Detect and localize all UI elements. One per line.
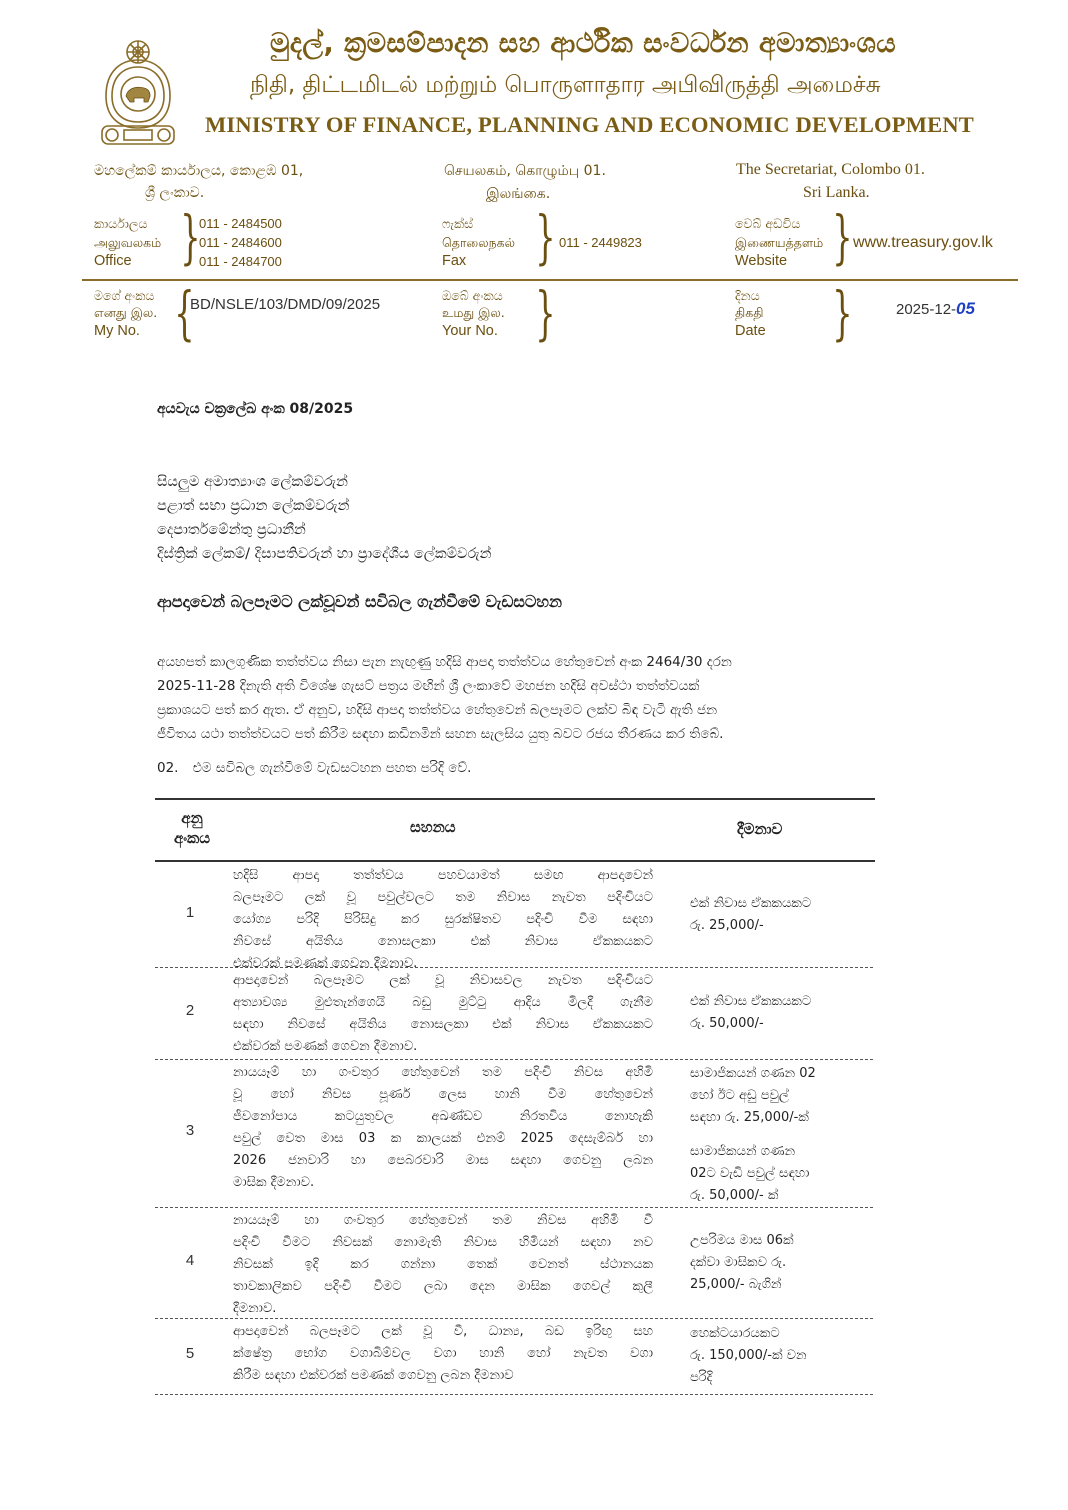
- my-no-label-sinhala: මගේ අංකය: [94, 287, 157, 304]
- office-label-sinhala: කාර්යාලය: [94, 214, 161, 233]
- office-phone-2: 011 - 2484600: [199, 233, 282, 252]
- brace-icon: }: [832, 282, 852, 344]
- relief-line: වූ හෝ නිවස පූර්ණ ලෙස හානි වීම හේතුවෙන්: [233, 1084, 653, 1106]
- relief-line: පදිංචි වීමට නිවසක් නොමැති නිවාස හිමියන් …: [233, 1232, 653, 1254]
- grant-line: එක් නිවාස ඒකකයකට: [690, 893, 870, 915]
- table-cell-grant: හෙක්ටයාරයකටරු. 150,000/-ක් වනපරිදි: [690, 1323, 870, 1389]
- table-cell-serial: 2: [155, 1002, 225, 1019]
- website-labels: වෙබ් අඩවිය இணையத்தளம் Website: [735, 214, 823, 271]
- brace-icon: }: [180, 206, 200, 268]
- fax-label-sinhala: ෆැක්ස්: [442, 214, 515, 233]
- address-tamil-line-1: செயலகம், கொழும்பு 01.: [444, 163, 606, 181]
- table-row-divider: [155, 1207, 875, 1208]
- table-cell-relief: නායයෑම් හා ගංවතුර හේතුවෙන් තම පදිංචි නිව…: [233, 1062, 653, 1194]
- website-label-sinhala: වෙබ් අඩවිය: [735, 214, 823, 233]
- table-cell-relief: ආපදාවෙන් බලපෑමට ලක් වූ වී, ධාන්‍ය, බඩ ඉර…: [233, 1321, 653, 1387]
- date-label-english: Date: [735, 321, 766, 341]
- header-grant: දීමනාව: [737, 820, 782, 838]
- office-labels: කාර්යාලය அலுவலகம் Office: [94, 214, 161, 271]
- relief-line: සඳහා නිවසේ අයිතිය නොසලකා එක් නිවාස ඒකකයක…: [233, 1014, 653, 1036]
- date-labels: දිනය திகதி Date: [735, 287, 766, 341]
- table-cell-grant: සාමාජිකයන් ගණන 02හෝ ඊට අඩු පවුල්සඳහා රු.…: [690, 1063, 870, 1207]
- date-value: 2025-12-05: [896, 299, 975, 319]
- header-serial-line: අනු: [157, 808, 227, 828]
- header-relief: සහනය: [410, 818, 456, 836]
- grant-line: පරිදි: [690, 1367, 870, 1389]
- grant-line: දක්වා මාසිකව රු.: [690, 1252, 870, 1274]
- table-cell-grant: උපරිමය මාස 06ක්දක්වා මාසිකව රු.25,000/- …: [690, 1230, 870, 1296]
- relief-line: පවුල් වෙත මාස 03 ක කාලයක් එනම් 2025 දෙසැ…: [233, 1128, 653, 1150]
- relief-line: නායයෑම් හා ගංවතුර හේතුවෙන් තම පදිංචි නිව…: [233, 1062, 653, 1084]
- relief-line: නායයෑම් හා ගංවතුර හේතුවෙන් තම නිවස අහිමි…: [233, 1210, 653, 1232]
- table-row-divider: [155, 967, 875, 968]
- table-header-rule: [155, 860, 875, 862]
- your-no-label-sinhala: ඔබේ අංකය: [442, 287, 505, 304]
- sri-lanka-emblem-icon: [92, 36, 184, 148]
- table-cell-relief: හදිසි ආපදා තත්ත්වය පහවයාමත් සමඟ ආපදාවෙන්…: [233, 865, 653, 975]
- ministry-title-sinhala: මුදල්, ක්‍රමසම්පාදන සහ ආර්ථික සංවර්ධන අම…: [270, 28, 896, 60]
- relief-line: දීමනාව.: [233, 1298, 653, 1320]
- address-sinhala-line-2: ශ්‍රී ලංකාව.: [145, 185, 204, 201]
- header-serial-no: අනු අංකය: [157, 808, 227, 848]
- grant-line: සඳහා රු. 25,000/-ක්: [690, 1107, 870, 1129]
- date-printed: 2025-12-: [896, 301, 956, 318]
- my-no-labels: මගේ අංකය எனது இல. My No.: [94, 287, 157, 341]
- recipient: දෙපාර්තමේන්තු ප්‍රධානීන්: [157, 518, 491, 542]
- relief-line: නිවසක් ඉදි කර ගන්නා තෙක් වෙනත් ස්ථානයක: [233, 1254, 653, 1276]
- table-cell-serial: 1: [155, 904, 225, 921]
- recipient: දිස්ත්‍රික් ලේකම්/ දිසාපතිවරුන් හා ප්‍රා…: [157, 542, 491, 566]
- grant-line: [690, 1129, 870, 1141]
- relief-line: හදිසි ආපදා තත්ත්වය පහවයාමත් සමඟ ආපදාවෙන්: [233, 865, 653, 887]
- grant-line: රු. 25,000/-: [690, 915, 870, 937]
- date-handwritten-day: 05: [956, 299, 975, 318]
- your-no-labels: ඔබේ අංකය உமது இல. Your No.: [442, 287, 505, 341]
- date-label-sinhala: දිනය: [735, 287, 766, 304]
- ministry-title-tamil: நிதி, திட்டமிடல் மற்றும் பொருளாதார அபிவி…: [250, 72, 881, 101]
- paragraph-line: ප්‍රකාශයට පත් කර ඇත. ඒ අනුව, හදිසි ආපදා …: [157, 698, 732, 722]
- brace-icon: }: [832, 206, 852, 268]
- paragraph-1: අයහපත් කාලගුණික තත්ත්වය නිසා පැන නැඟුණු …: [157, 650, 732, 746]
- grant-line: රු. 50,000/- ක්: [690, 1185, 870, 1207]
- relief-line: නිවසේ අයිතිය නොසලකා එක් නිවාස ඒකකයකට: [233, 931, 653, 953]
- paragraph-line: 2025-11-28 දිනැති අති විශේෂ ගැසට් පත්‍රය…: [157, 674, 732, 698]
- my-no-label-english: My No.: [94, 321, 157, 341]
- brace-icon: {: [174, 282, 194, 344]
- your-no-label-english: Your No.: [442, 321, 505, 341]
- table-top-rule: [155, 798, 875, 800]
- table-row-divider: [155, 1059, 875, 1060]
- office-phone-3: 011 - 2484700: [199, 252, 282, 271]
- grant-line: එක් නිවාස ඒකකයකට: [690, 991, 870, 1013]
- grant-line: සාමාජිකයන් ගණන: [690, 1141, 870, 1163]
- fax-label-tamil: தொலைநகல்: [442, 233, 515, 252]
- table-cell-grant: එක් නිවාස ඒකකයකටරු. 25,000/-: [690, 893, 870, 937]
- grant-line: සාමාජිකයන් ගණන 02: [690, 1063, 870, 1085]
- relief-line: තාවකාලිකව පදිංචි වීමට ලබා දෙන මාසික ගෙවල…: [233, 1276, 653, 1298]
- address-sinhala-line-1: මහලේකම් කාර්යාලය, කොළඹ 01,: [94, 163, 303, 179]
- fax-labels: ෆැක්ස් தொலைநகல் Fax: [442, 214, 515, 271]
- address-tamil-line-2: இலங்கை.: [486, 186, 550, 204]
- recipients-list: සියලුම අමාත්‍යාංශ ලේකම්වරුන් පළාත් සභා ප…: [157, 470, 491, 566]
- relief-line: 2026 ජනවාරි හා පෙබරවාරි මාස සඳහා ගෙවනු ල…: [233, 1150, 653, 1172]
- table-row-divider: [155, 1318, 875, 1319]
- brace-icon: }: [535, 282, 555, 344]
- address-english-line-2: Sri Lanka.: [803, 184, 870, 202]
- fax-number: 011 - 2449823: [559, 233, 642, 252]
- grant-line: උපරිමය මාස 06ක්: [690, 1230, 870, 1252]
- grant-line: හෙක්ටයාරයකට: [690, 1323, 870, 1345]
- paragraph-2-number: 02.: [157, 760, 178, 776]
- table-cell-relief: ආපදාවෙන් බලපෑමට ලක් වූ නිවාසවල නැවත පදිං…: [233, 970, 653, 1058]
- brace-icon: }: [535, 206, 555, 268]
- grant-line: හෝ ඊට අඩු පවුල්: [690, 1085, 870, 1107]
- header-serial-line: අංකය: [157, 828, 227, 848]
- relief-line: මාසික දීමනාව.: [233, 1172, 653, 1194]
- relief-line: යෝග්‍ය පරිදි පිරිසිදු කර සුරක්ෂිතව පදිංච…: [233, 909, 653, 931]
- paragraph-2-text: එම සවිබල ගැන්වීමේ වැඩසටහන පහත පරිදි වේ.: [193, 760, 472, 776]
- paragraph-2: 02. එම සවිබල ගැන්වීමේ වැඩසටහන පහත පරිදි …: [157, 760, 471, 776]
- office-label-english: Office: [94, 252, 161, 271]
- grant-line: රු. 50,000/-: [690, 1013, 870, 1035]
- grant-line: 25,000/- බැගින්: [690, 1274, 870, 1296]
- table-cell-serial: 5: [155, 1345, 225, 1362]
- relief-line: ආපදාවෙන් බලපෑමට ලක් වූ නිවාසවල නැවත පදිං…: [233, 970, 653, 992]
- relief-line: ආපදාවෙන් බලපෑමට ලක් වූ වී, ධාන්‍ය, බඩ ඉර…: [233, 1321, 653, 1343]
- table-cell-serial: 3: [155, 1122, 225, 1139]
- website-label-tamil: இணையத்தளம்: [735, 233, 823, 252]
- office-label-tamil: அலுவலகம்: [94, 233, 161, 252]
- table-cell-grant: එක් නිවාස ඒකකයකටරු. 50,000/-: [690, 991, 870, 1035]
- address-english-line-1: The Secretariat, Colombo 01.: [736, 161, 925, 179]
- grant-line: 02ට වැඩි පවුල් සඳහා: [690, 1163, 870, 1185]
- table-cell-serial: 4: [155, 1252, 225, 1269]
- relief-line: අත්‍යාවශ්‍ය මුළුතැන්ගෙයි බඩු මුට්ටු ආදිය…: [233, 992, 653, 1014]
- relief-line: ක්ෂේත්‍ර භෝග වගාබිම්වල වගා හානි හෝ නැවත …: [233, 1343, 653, 1365]
- paragraph-line: අයහපත් කාලගුණික තත්ත්වය නිසා පැන නැඟුණු …: [157, 650, 732, 674]
- table-row-divider: [155, 1394, 875, 1395]
- fax-label-english: Fax: [442, 252, 515, 271]
- office-numbers: 011 - 2484500 011 - 2484600 011 - 248470…: [199, 214, 282, 271]
- date-label-tamil: திகதி: [735, 304, 766, 321]
- table-cell-relief: නායයෑම් හා ගංවතුර හේතුවෙන් තම නිවස අහිමි…: [233, 1210, 653, 1320]
- relief-line: බලපෑමට ලක් වූ පවුල්වලට තම නිවාස නැවත පදි…: [233, 887, 653, 909]
- circular-number: අයවැය චක්‍රලේඛ අංක 08/2025: [157, 401, 353, 417]
- my-no-label-tamil: எனது இல.: [94, 304, 157, 321]
- relief-line: ජීවනෝපාය කටයුතුවල අඛණ්ඩව නිරතවිය නොහැකි: [233, 1106, 653, 1128]
- grant-line: රු. 150,000/-ක් වන: [690, 1345, 870, 1367]
- recipient: සියලුම අමාත්‍යාංශ ලේකම්වරුන්: [157, 470, 491, 494]
- ministry-title-english: MINISTRY OF FINANCE, PLANNING AND ECONOM…: [205, 112, 974, 138]
- office-phone-1: 011 - 2484500: [199, 214, 282, 233]
- recipient: පළාත් සභා ප්‍රධාන ලේකම්වරුන්: [157, 494, 491, 518]
- your-no-label-tamil: உமது இல.: [442, 304, 505, 321]
- paragraph-line: ජීවිතය යථා තත්ත්වයට පත් කිරීම සඳහා කඩිනම…: [157, 722, 732, 746]
- website-label-english: Website: [735, 252, 823, 271]
- relief-line: එක්වරක් පමණක් ගෙවන දීමනාව.: [233, 1036, 653, 1058]
- subject-heading: ආපදාවෙන් බලපෑමට ලක්වූවන් සවිබල ගැන්වීමේ …: [157, 592, 562, 612]
- website-url[interactable]: www.treasury.gov.lk: [853, 234, 993, 252]
- relief-line: කිරීම සඳහා එක්වරක් පමණක් ගෙවනු ලබන දීමනා…: [233, 1365, 653, 1387]
- my-no-value: BD/NSLE/103/DMD/09/2025: [190, 296, 380, 313]
